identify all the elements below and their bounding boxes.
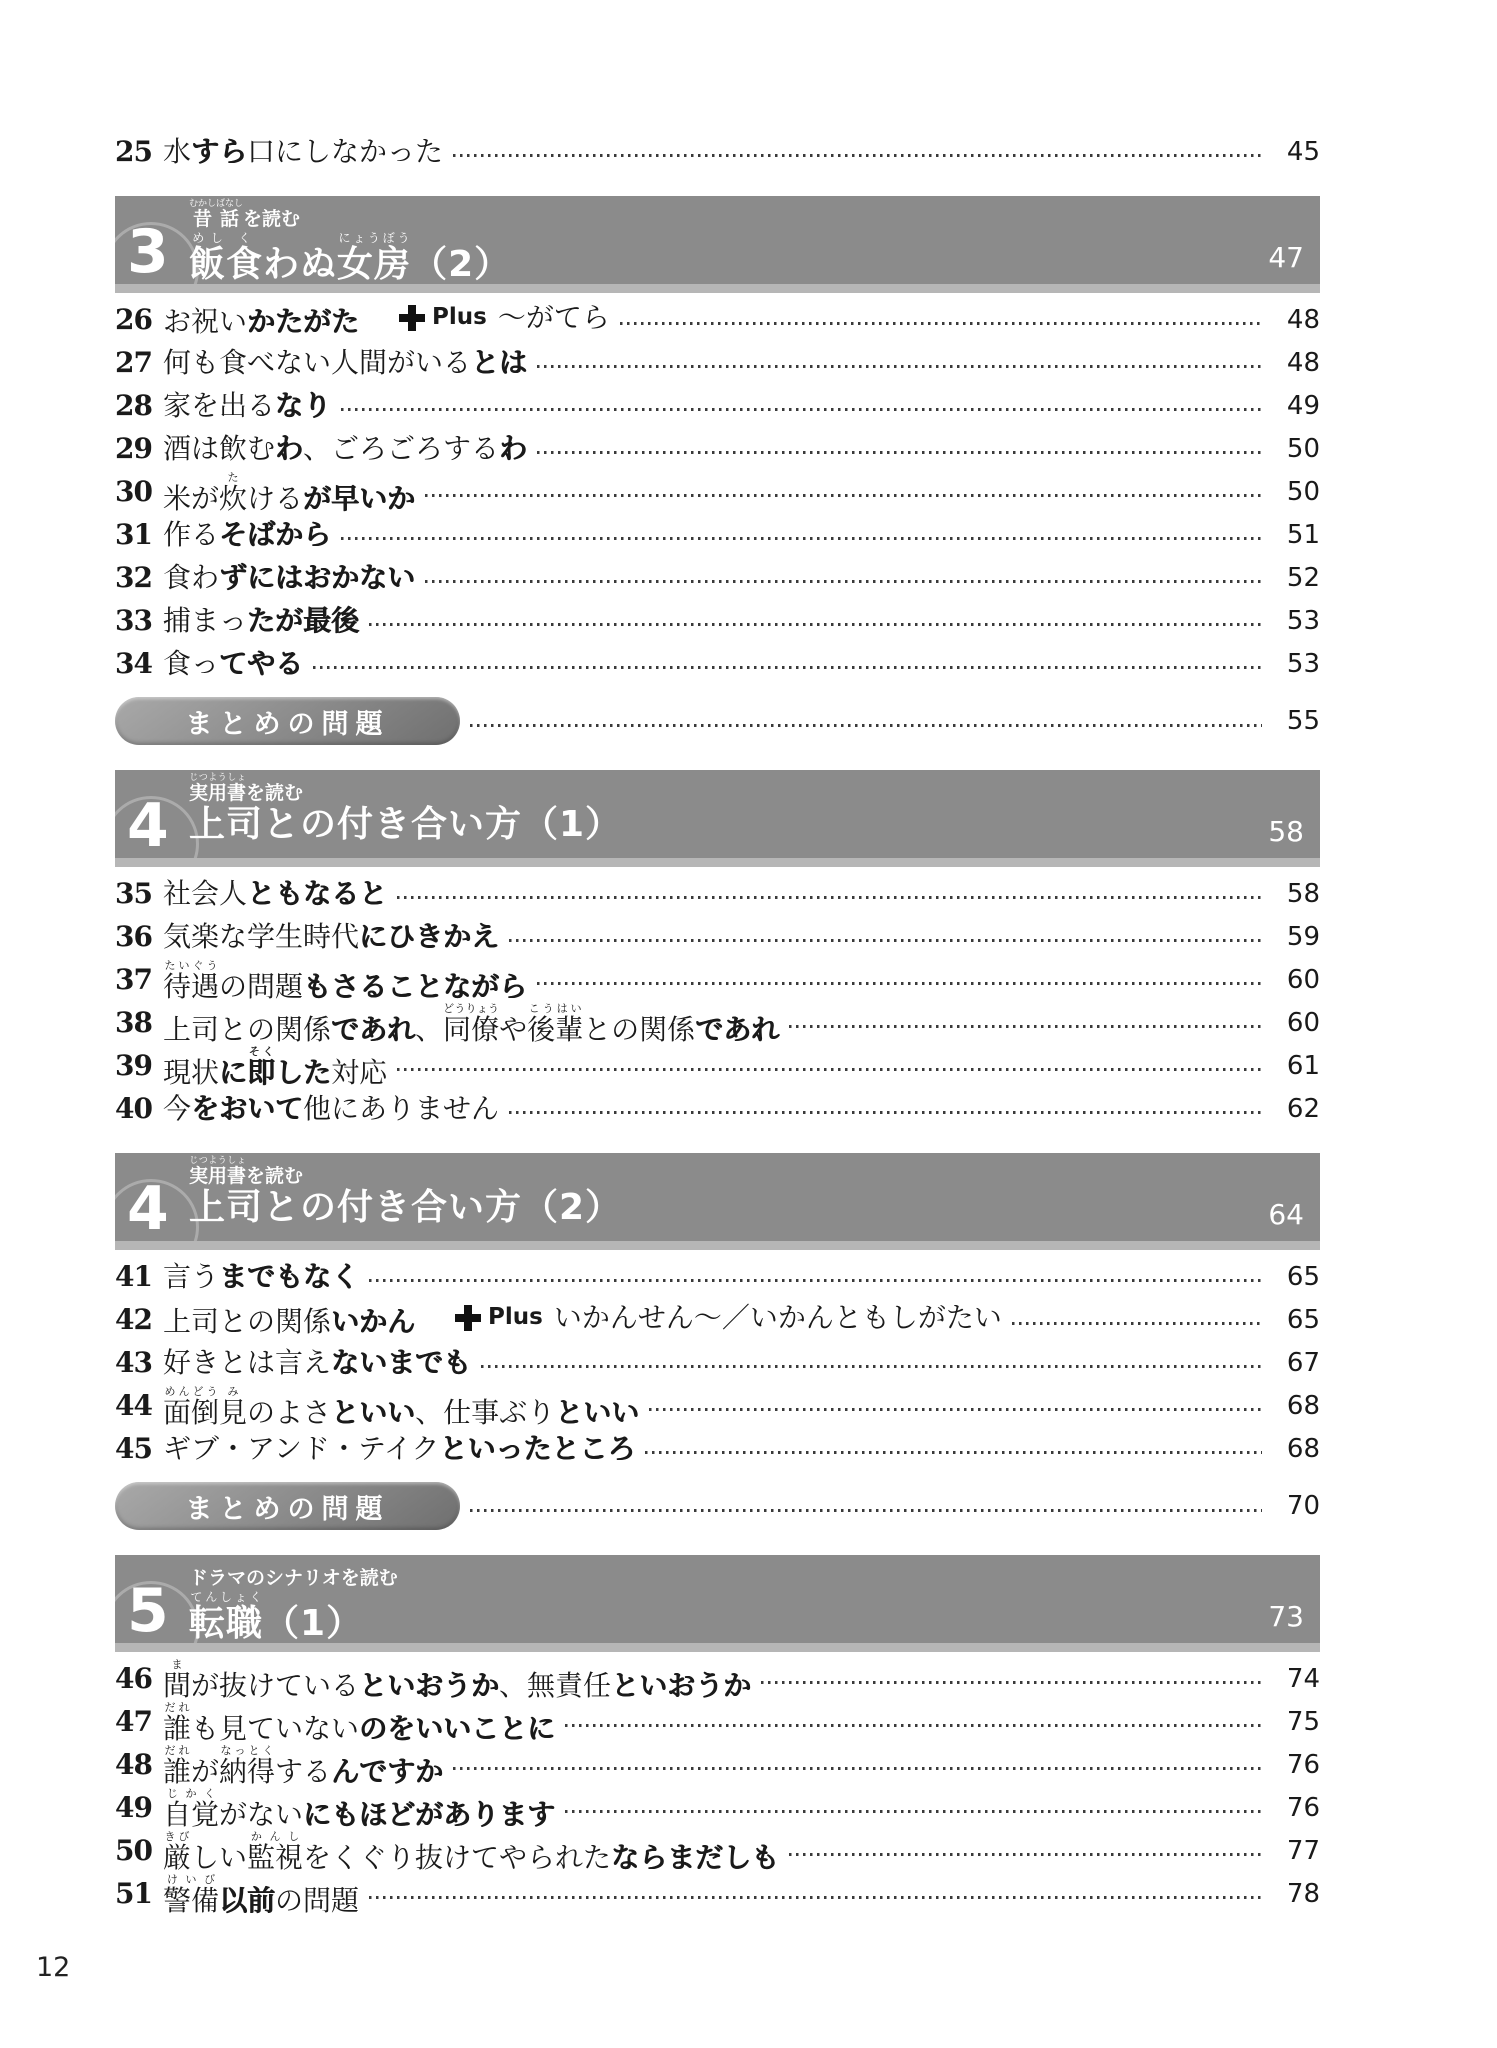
page-number: 50 xyxy=(1272,477,1320,507)
section-genre-text: を読む xyxy=(246,784,303,804)
toc-item-row: 26お祝いかたがたPlus～がてら48 xyxy=(115,298,1320,341)
page-number: 50 xyxy=(1272,434,1320,464)
grammar-point-text: すら xyxy=(191,135,247,168)
grammar-point-text: ないまでも xyxy=(331,1346,471,1379)
item-title: 厳きびしい監視かんしをくぐり抜けてやられたならまだしも xyxy=(163,1830,779,1872)
footer-page-number: 12 xyxy=(36,1952,70,1983)
item-title-ruby: 同僚どうりょう xyxy=(443,1013,499,1046)
dot-leader xyxy=(509,939,1262,942)
section-text: 実用書じつようしょを読む上司との付き合い方（2） xyxy=(189,1157,622,1228)
item-title-text: 、仕事ぶり xyxy=(415,1396,555,1429)
dot-leader xyxy=(369,623,1262,626)
grammar-point-text: んですか xyxy=(331,1755,443,1788)
page-number: 74 xyxy=(1272,1664,1320,1694)
page-number: 62 xyxy=(1272,1094,1320,1124)
page-number: 68 xyxy=(1272,1434,1320,1464)
dot-leader xyxy=(620,322,1262,325)
section-genre: ドラマのシナリオを読む xyxy=(189,1559,398,1589)
furigana: こうはい xyxy=(527,1002,583,1015)
page-number: 78 xyxy=(1272,1879,1320,1909)
dot-leader xyxy=(425,580,1262,583)
toc-item-row: 41言うまでもなく65 xyxy=(115,1255,1320,1298)
item-title-ruby: 納得なっとく xyxy=(219,1755,275,1788)
dot-leader xyxy=(789,1853,1262,1856)
item-number: 43 xyxy=(115,1349,163,1377)
page-number: 61 xyxy=(1272,1051,1320,1081)
item-title-text: 、 xyxy=(415,1013,443,1046)
item-number: 26 xyxy=(115,306,163,334)
toc-item-row: 34食ってやる53 xyxy=(115,642,1320,685)
plus-group: Plus～がてら xyxy=(399,304,610,332)
grammar-point-text: のをいいことに xyxy=(359,1712,555,1745)
section-page-number: 64 xyxy=(1268,1201,1304,1229)
item-title-ruby: 待遇たいぐう xyxy=(163,970,219,1003)
item-title: 上司との関係であれ、同僚どうりょうや後輩こうはいとの関係であれ xyxy=(163,1002,779,1044)
section-header-strip xyxy=(115,1241,1320,1250)
section-genre-text: を読む xyxy=(246,1167,303,1187)
page-number: 48 xyxy=(1272,348,1320,378)
section-header-bar: 4実用書じつようしょを読む上司との付き合い方（2）64 xyxy=(115,1153,1320,1241)
item-title-text: の問題 xyxy=(275,1884,359,1917)
dot-leader xyxy=(369,1279,1262,1282)
item-title: ギブ・アンド・テイクといったところ xyxy=(163,1435,635,1463)
grammar-point-text: もさることながら xyxy=(303,970,527,1003)
grammar-point-text: ずにはおかない xyxy=(219,561,415,594)
item-title-text: が抜けている xyxy=(191,1669,359,1702)
item-title: 待遇たいぐうの問題もさることながら xyxy=(163,959,527,1001)
item-title-ruby: 面倒めんどう xyxy=(163,1396,219,1429)
page-number: 65 xyxy=(1272,1305,1320,1335)
furigana: たいぐう xyxy=(163,959,219,972)
section-number: 4 xyxy=(127,796,169,856)
item-title: 気楽な学生時代にひきかえ xyxy=(163,923,499,951)
item-number: 27 xyxy=(115,349,163,377)
toc-item-row: 46間まが抜けているといおうか、無責任といおうか74 xyxy=(115,1657,1320,1700)
item-number: 31 xyxy=(115,521,163,549)
item-title-text: 米が xyxy=(163,482,219,515)
item-title-text: の問題 xyxy=(219,970,303,1003)
grammar-point-text: をおいて xyxy=(191,1092,303,1125)
grammar-point-text: 以前 xyxy=(219,1884,275,1917)
item-title: 作るそばから xyxy=(163,521,331,549)
page-number: 70 xyxy=(1272,1491,1320,1521)
item-title-text: 好きとは言え xyxy=(163,1346,331,1379)
toc-item-row: 45ギブ・アンド・テイクといったところ68 xyxy=(115,1427,1320,1470)
item-number: 49 xyxy=(115,1794,163,1822)
section-number: 5 xyxy=(127,1581,169,1641)
item-title-ruby: 間ま xyxy=(163,1669,191,1702)
furigana: てんしょく xyxy=(189,1590,263,1604)
item-title-text: ける xyxy=(247,482,303,515)
furigana: ま xyxy=(163,1658,191,1671)
dot-leader xyxy=(645,1451,1262,1454)
item-title-ruby: 誰だれ xyxy=(163,1755,191,1788)
section-header-bar: 3昔話むかしばなしを読む飯めし食くわぬ女房にょうぼう（2）47 xyxy=(115,196,1320,284)
item-title-text: 酒は飲む xyxy=(163,432,275,465)
page-number: 60 xyxy=(1272,965,1320,995)
item-title-text: 対応 xyxy=(331,1056,387,1089)
item-title-text: しい xyxy=(191,1841,247,1874)
item-number: 47 xyxy=(115,1708,163,1736)
toc-item-row: 33捕まったが最後53 xyxy=(115,599,1320,642)
dot-leader xyxy=(341,408,1262,411)
item-number: 41 xyxy=(115,1263,163,1291)
section-genre: 昔話むかしばなしを読む xyxy=(189,200,511,230)
dot-leader xyxy=(397,1068,1262,1071)
item-number: 42 xyxy=(115,1306,163,1334)
page-number: 45 xyxy=(1272,137,1320,167)
item-number: 29 xyxy=(115,435,163,463)
item-number: 34 xyxy=(115,650,163,678)
furigana: にょうぼう xyxy=(337,231,411,245)
page-number: 76 xyxy=(1272,1793,1320,1823)
section-genre-text: ドラマのシナリオを読む xyxy=(189,1569,398,1589)
section-header: 3昔話むかしばなしを読む飯めし食くわぬ女房にょうぼう（2）47 xyxy=(115,196,1320,293)
dot-leader xyxy=(537,365,1262,368)
item-title-text: お祝い xyxy=(163,305,247,338)
section-genre-ruby: 実用書じつようしょ xyxy=(189,773,246,804)
grammar-point-text: であれ xyxy=(695,1013,779,1046)
page-number: 53 xyxy=(1272,649,1320,679)
item-title-text: 食っ xyxy=(163,647,219,680)
section-page-number: 73 xyxy=(1268,1603,1304,1631)
item-title-text: や xyxy=(499,1013,527,1046)
toc-item-row: 27何も食べない人間がいるとは48 xyxy=(115,341,1320,384)
section-title-ruby: 飯めし xyxy=(189,244,226,284)
toc-item-row: 28家を出るなり49 xyxy=(115,384,1320,427)
item-number: 33 xyxy=(115,607,163,635)
section-title-ruby: 食く xyxy=(226,244,263,284)
section-header: 5ドラマのシナリオを読む転職てんしょく（1）73 xyxy=(115,1555,1320,1652)
toc-item-row: 31作るそばから51 xyxy=(115,513,1320,556)
section-genre: 実用書じつようしょを読む xyxy=(189,774,622,804)
item-title-ruby: 監視かんし xyxy=(247,1841,303,1874)
page-number: 53 xyxy=(1272,606,1320,636)
item-title-text: 気楽な学生時代 xyxy=(163,920,359,953)
book-page: 25水すら口にしなかった453昔話むかしばなしを読む飯めし食くわぬ女房にょうぼう… xyxy=(0,0,1497,2048)
page-number: 67 xyxy=(1272,1348,1320,1378)
page-number: 75 xyxy=(1272,1707,1320,1737)
item-title-text: 口にしなかった xyxy=(247,135,443,168)
section-header-strip xyxy=(115,284,1320,293)
section-title-text: （1） xyxy=(263,1603,363,1643)
section-title-text: 上司との付き合い方（2） xyxy=(189,1187,622,1228)
section-title: 転職てんしょく（1） xyxy=(189,1590,398,1643)
section-genre-text: を読む xyxy=(243,210,300,230)
dot-leader xyxy=(481,1365,1262,1368)
item-number: 30 xyxy=(115,478,163,506)
furigana: めし xyxy=(189,231,226,245)
grammar-point-text: といい xyxy=(555,1396,639,1429)
toc-item-row: 48誰だれが納得なっとくするんですか76 xyxy=(115,1743,1320,1786)
dot-leader xyxy=(313,666,1262,669)
item-title-ruby: 後輩こうはい xyxy=(527,1013,583,1046)
furigana: じつようしょ xyxy=(189,773,246,783)
item-title: 誰だれも見ていないのをいいことに xyxy=(163,1701,555,1743)
plus-group: Plusいかんせん～／いかんともしがたい xyxy=(455,1304,1002,1332)
summary-row: まとめの問題70 xyxy=(115,1480,1320,1532)
section-title-ruby: 転職てんしょく xyxy=(189,1603,263,1643)
toc-item-row: 42上司との関係いかんPlusいかんせん～／いかんともしがたい65 xyxy=(115,1298,1320,1341)
item-title-text: 水 xyxy=(163,135,191,168)
item-title-text: 作る xyxy=(163,518,219,551)
grammar-point-text: までもなく xyxy=(219,1260,359,1293)
item-title: 上司との関係いかんPlusいかんせん～／いかんともしがたい xyxy=(163,1304,1002,1336)
dot-leader xyxy=(537,982,1262,985)
item-title: 面倒めんどう見みのよさといい、仕事ぶりといい xyxy=(163,1385,639,1427)
toc-item-row: 49自覚じかくがないにもほどがあります76 xyxy=(115,1786,1320,1829)
section-header: 4実用書じつようしょを読む上司との付き合い方（1）58 xyxy=(115,770,1320,867)
item-title-text: 社会人 xyxy=(163,877,247,910)
toc-item-row: 32食わずにはおかない52 xyxy=(115,556,1320,599)
item-number: 28 xyxy=(115,392,163,420)
item-title-text: 他にありません xyxy=(303,1092,499,1125)
item-title-text: 今 xyxy=(163,1092,191,1125)
dot-leader xyxy=(789,1025,1262,1028)
item-title-text: 現状 xyxy=(163,1056,219,1089)
dot-leader xyxy=(1012,1322,1262,1325)
item-number: 25 xyxy=(115,138,163,166)
section-text: ドラマのシナリオを読む転職てんしょく（1） xyxy=(189,1559,398,1643)
section-header-strip xyxy=(115,1643,1320,1652)
dot-leader xyxy=(509,1111,1262,1114)
item-title: 警備けいび以前の問題 xyxy=(163,1873,359,1915)
item-title-text: 家を出る xyxy=(163,389,275,422)
plus-icon xyxy=(455,1305,481,1331)
item-number: 40 xyxy=(115,1095,163,1123)
grammar-point-text: いかん xyxy=(331,1305,415,1338)
item-title-ruby: 炊た xyxy=(219,482,247,515)
item-number: 45 xyxy=(115,1435,163,1463)
item-title: 好きとは言えないまでも xyxy=(163,1349,471,1377)
grammar-point-text: といおうか xyxy=(611,1669,751,1702)
item-title: 食わずにはおかない xyxy=(163,564,415,592)
item-number: 35 xyxy=(115,880,163,908)
toc-item-row: 30米が炊たけるが早いか50 xyxy=(115,470,1320,513)
furigana: じかく xyxy=(163,1787,219,1800)
item-title: 米が炊たけるが早いか xyxy=(163,471,415,513)
grammar-point-text: に xyxy=(219,1056,247,1089)
item-title-ruby: 見み xyxy=(219,1396,247,1429)
page-number: 60 xyxy=(1272,1008,1320,1038)
page-number: 68 xyxy=(1272,1391,1320,1421)
item-number: 37 xyxy=(115,966,163,994)
toc-item-row: 35社会人ともなると58 xyxy=(115,872,1320,915)
dot-leader xyxy=(761,1681,1262,1684)
grammar-point-text: ともなると xyxy=(247,877,387,910)
item-title-text: が xyxy=(191,1755,219,1788)
page-number: 77 xyxy=(1272,1836,1320,1866)
dot-leader xyxy=(425,494,1262,497)
grammar-point-text: なり xyxy=(275,389,331,422)
furigana: だれ xyxy=(163,1744,191,1757)
plus-grammar-text: ～がてら xyxy=(498,304,610,332)
dot-leader xyxy=(565,1724,1262,1727)
section-title: 上司との付き合い方（1） xyxy=(189,805,622,845)
grammar-point-text: にひきかえ xyxy=(359,920,499,953)
grammar-point-text: そばから xyxy=(219,518,331,551)
item-title-text: 何も食べない人間がいる xyxy=(163,346,471,379)
dot-leader xyxy=(649,1408,1262,1411)
grammar-point-text: てやる xyxy=(219,647,303,680)
page-number: 49 xyxy=(1272,391,1320,421)
item-number: 51 xyxy=(115,1880,163,1908)
toc-item-row: 44面倒めんどう見みのよさといい、仕事ぶりといい68 xyxy=(115,1384,1320,1427)
toc-item-row: 37待遇たいぐうの問題もさることながら60 xyxy=(115,958,1320,1001)
page-number: 65 xyxy=(1272,1262,1320,1292)
page-number: 51 xyxy=(1272,520,1320,550)
toc-item-row: 36気楽な学生時代にひきかえ59 xyxy=(115,915,1320,958)
dot-leader xyxy=(453,1767,1262,1770)
section-header-bar: 4実用書じつようしょを読む上司との付き合い方（1）58 xyxy=(115,770,1320,858)
summary-pill-label: まとめの問題 xyxy=(115,1482,460,1530)
furigana: けいび xyxy=(163,1873,219,1886)
item-title-text: 言う xyxy=(163,1260,219,1293)
item-title: 自覚じかくがないにもほどがあります xyxy=(163,1787,555,1829)
section-title-text: （2） xyxy=(411,244,511,284)
item-title: 現状に即そくした対応 xyxy=(163,1045,387,1087)
section-header: 4実用書じつようしょを読む上司との付き合い方（2）64 xyxy=(115,1153,1320,1250)
item-title: 水すら口にしなかった xyxy=(163,138,443,166)
grammar-point-text: とは xyxy=(471,346,527,379)
page-number: 59 xyxy=(1272,922,1320,952)
page-number: 55 xyxy=(1272,706,1320,736)
item-title: 今をおいて他にありません xyxy=(163,1095,499,1123)
page-number: 48 xyxy=(1272,305,1320,335)
dot-leader xyxy=(397,896,1262,899)
item-title-ruby: 警備けいび xyxy=(163,1884,219,1917)
item-title-text: も見ていない xyxy=(191,1712,359,1745)
toc-item-row: 40今をおいて他にありません62 xyxy=(115,1087,1320,1130)
section-number: 3 xyxy=(127,222,169,282)
item-title-text: 上司との関係 xyxy=(163,1013,331,1046)
item-number: 38 xyxy=(115,1009,163,1037)
item-title: お祝いかたがたPlus～がてら xyxy=(163,304,610,336)
toc-item-row: 39現状に即そくした対応61 xyxy=(115,1044,1320,1087)
item-number: 32 xyxy=(115,564,163,592)
summary-pill-label: まとめの問題 xyxy=(115,697,460,745)
grammar-point-text: ならまだしも xyxy=(611,1841,779,1874)
section-text: 昔話むかしばなしを読む飯めし食くわぬ女房にょうぼう（2） xyxy=(189,200,511,284)
item-title-ruby: 厳きび xyxy=(163,1841,191,1874)
dot-leader xyxy=(470,724,1262,727)
item-title-text: のよさ xyxy=(247,1396,331,1429)
item-number: 50 xyxy=(115,1837,163,1865)
furigana: た xyxy=(219,471,247,484)
furigana: そく xyxy=(247,1045,275,1058)
item-title-text: ギブ・アンド・テイク xyxy=(163,1432,439,1465)
dot-leader xyxy=(341,537,1262,540)
page-number: 52 xyxy=(1272,563,1320,593)
section-page-number: 58 xyxy=(1268,818,1304,846)
furigana: なっとく xyxy=(219,1744,275,1757)
item-title: 誰だれが納得なっとくするんですか xyxy=(163,1744,443,1786)
section-title-text: わぬ xyxy=(263,244,337,284)
section-genre: 実用書じつようしょを読む xyxy=(189,1157,622,1187)
page-number: 58 xyxy=(1272,879,1320,909)
toc-item-row: 43好きとは言えないまでも67 xyxy=(115,1341,1320,1384)
item-title: 捕まったが最後 xyxy=(163,607,359,635)
plus-grammar-text: いかんせん～／いかんともしがたい xyxy=(554,1304,1002,1332)
item-title-ruby: 自覚じかく xyxy=(163,1798,219,1831)
section-title: 上司との付き合い方（2） xyxy=(189,1188,622,1228)
item-title-text: 捕まっ xyxy=(163,604,247,637)
item-title-text: する xyxy=(275,1755,331,1788)
section-text: 実用書じつようしょを読む上司との付き合い方（1） xyxy=(189,774,622,845)
furigana: どうりょう xyxy=(443,1002,499,1015)
toc-item-row: 25水すら口にしなかった45 xyxy=(115,130,1320,173)
item-title: 酒は飲むわ、ごろごろするわ xyxy=(163,435,527,463)
item-title: 何も食べない人間がいるとは xyxy=(163,349,527,377)
furigana: かんし xyxy=(247,1830,303,1843)
item-title-text: 、ごろごろする xyxy=(303,432,499,465)
dot-leader xyxy=(453,154,1262,157)
item-title: 家を出るなり xyxy=(163,392,331,420)
item-title-text: 、無責任 xyxy=(499,1669,611,1702)
item-title-text: 上司との関係 xyxy=(163,1305,331,1338)
grammar-point-text: わ xyxy=(275,432,303,465)
dot-leader xyxy=(369,1896,1262,1899)
plus-icon xyxy=(399,305,425,331)
grammar-point-text: といおうか xyxy=(359,1669,499,1702)
grammar-point-text: といったところ xyxy=(439,1432,635,1465)
grammar-point-text: した xyxy=(275,1056,331,1089)
plus-label: Plus xyxy=(432,306,487,329)
item-title: 間まが抜けているといおうか、無責任といおうか xyxy=(163,1658,751,1700)
item-number: 48 xyxy=(115,1751,163,1779)
furigana: めんどう xyxy=(163,1385,219,1398)
section-header-bar: 5ドラマのシナリオを読む転職てんしょく（1）73 xyxy=(115,1555,1320,1643)
grammar-point-text: かたがた xyxy=(247,305,359,338)
grammar-point-text: といい xyxy=(331,1396,415,1429)
item-title: 食ってやる xyxy=(163,650,303,678)
furigana: み xyxy=(219,1385,247,1398)
item-title-ruby: 誰だれ xyxy=(163,1712,191,1745)
grammar-point-text: であれ xyxy=(331,1013,415,1046)
item-number: 44 xyxy=(115,1392,163,1420)
furigana: じつようしょ xyxy=(189,1156,246,1166)
item-title-text: との関係 xyxy=(583,1013,695,1046)
section-header-strip xyxy=(115,858,1320,867)
section-number: 4 xyxy=(127,1179,169,1239)
item-title-text: がない xyxy=(219,1798,303,1831)
grammar-point-text: にもほどがあります xyxy=(303,1798,555,1831)
plus-label: Plus xyxy=(488,1306,543,1329)
dot-leader xyxy=(565,1810,1262,1813)
furigana: むかしばなし xyxy=(189,199,243,209)
furigana: だれ xyxy=(163,1701,191,1714)
section-title-ruby: 女房にょうぼう xyxy=(337,244,411,284)
section-page-number: 47 xyxy=(1268,244,1304,272)
summary-row: まとめの問題55 xyxy=(115,695,1320,747)
item-number: 46 xyxy=(115,1665,163,1693)
dot-leader xyxy=(470,1509,1262,1512)
grammar-point-text: わ xyxy=(499,432,527,465)
page-number: 76 xyxy=(1272,1750,1320,1780)
item-title-ruby: 即そく xyxy=(247,1056,275,1089)
section-title: 飯めし食くわぬ女房にょうぼう（2） xyxy=(189,231,511,284)
furigana: く xyxy=(226,231,263,245)
item-title-text: をくぐり抜けてやられた xyxy=(303,1841,611,1874)
section-genre-ruby: 実用書じつようしょ xyxy=(189,1156,246,1187)
item-number: 36 xyxy=(115,923,163,951)
grammar-point-text: が早いか xyxy=(303,482,415,515)
toc-item-row: 51警備けいび以前の問題78 xyxy=(115,1872,1320,1915)
toc-item-row: 38上司との関係であれ、同僚どうりょうや後輩こうはいとの関係であれ60 xyxy=(115,1001,1320,1044)
grammar-point-text: たが最後 xyxy=(247,604,359,637)
toc-item-row: 50厳きびしい監視かんしをくぐり抜けてやられたならまだしも77 xyxy=(115,1829,1320,1872)
item-title-text: 食わ xyxy=(163,561,219,594)
